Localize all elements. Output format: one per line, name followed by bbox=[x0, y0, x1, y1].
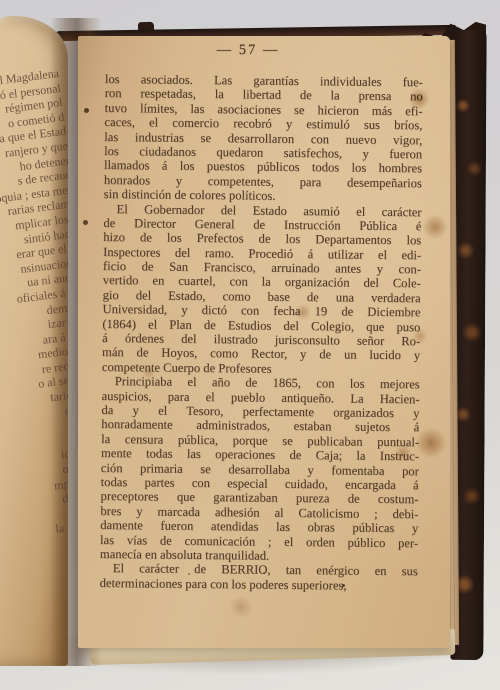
right-page: — 57 — los asociados. Las garantías indi… bbox=[78, 36, 450, 648]
foxing-spot bbox=[422, 214, 448, 240]
left-page-text: go. El Magdalenabió el personalrégimen p… bbox=[0, 66, 68, 602]
foxing-spot bbox=[228, 596, 254, 618]
book-photo-scene: go. El Magdalenabió el personalrégimen p… bbox=[0, 0, 500, 690]
page-number: — 57 — bbox=[89, 42, 407, 59]
left-page: go. El Magdalenabió el personalrégimen p… bbox=[0, 16, 68, 666]
page-body-text: los asociados. Las garantías individuale… bbox=[100, 72, 423, 593]
foxing-spot bbox=[416, 426, 446, 460]
